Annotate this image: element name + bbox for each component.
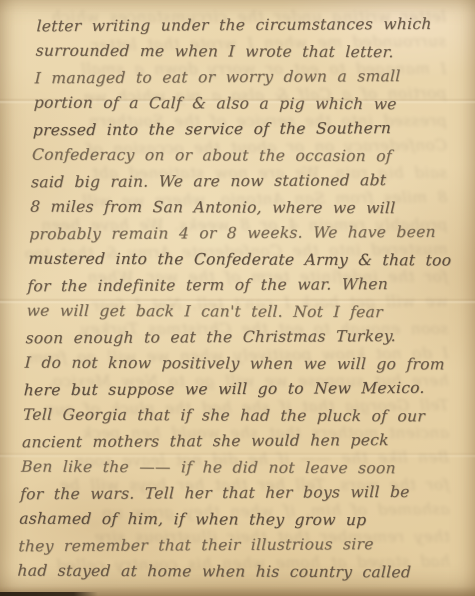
letter-line: said big rain. We are now stationed abt [4,167,475,196]
letter-line: had stayed at home when his country call… [0,557,466,585]
letter-line: Confederacy on or about the occasion of [5,141,475,169]
letter-line: portion of a Calf & also a pig which we [6,89,475,117]
letter-line: pressed into the service of the Southern [5,115,475,144]
letter-line: letter writing under the circumstances w… [9,11,475,40]
letter-line: 8 miles from San Antonio, where we will [3,193,475,221]
letter-line: ancient mothers that she would hen peck [0,427,470,456]
letter-line: surrounded me when I wrote that letter. [8,37,475,65]
letter-line: ashamed of him, if when they grow up [0,505,468,533]
letter-line: I do not know positively when we will go… [0,349,473,377]
letter-line: mustered into the Confederate Army & tha… [1,245,475,273]
letter-line: they remember that their illustrious sir… [0,531,467,560]
letter-line: for the indefinite term of the war. When [0,271,475,300]
letter-text: letter writing under the circumstances w… [0,12,475,584]
letter-line: I managed to eat or worry down a small [7,63,475,92]
letter-line: Tell Georgia that if she had the pluck o… [0,401,471,429]
letter-line: for the wars. Tell her that her boys wil… [0,479,469,508]
letter-line: Ben like the —— if he did not leave soon [0,453,470,481]
scan-edge-artifact [0,592,98,596]
letter-line: probably remain 4 or 8 weeks. We have be… [2,219,475,248]
letter-line: we will get back I can't tell. Not I fea… [0,297,475,325]
letter-page: letter writing under the circumstances w… [0,0,475,596]
letter-line: here but suppose we will go to New Mexic… [0,375,472,404]
letter-line: soon enough to eat the Christmas Turkey. [0,323,474,352]
